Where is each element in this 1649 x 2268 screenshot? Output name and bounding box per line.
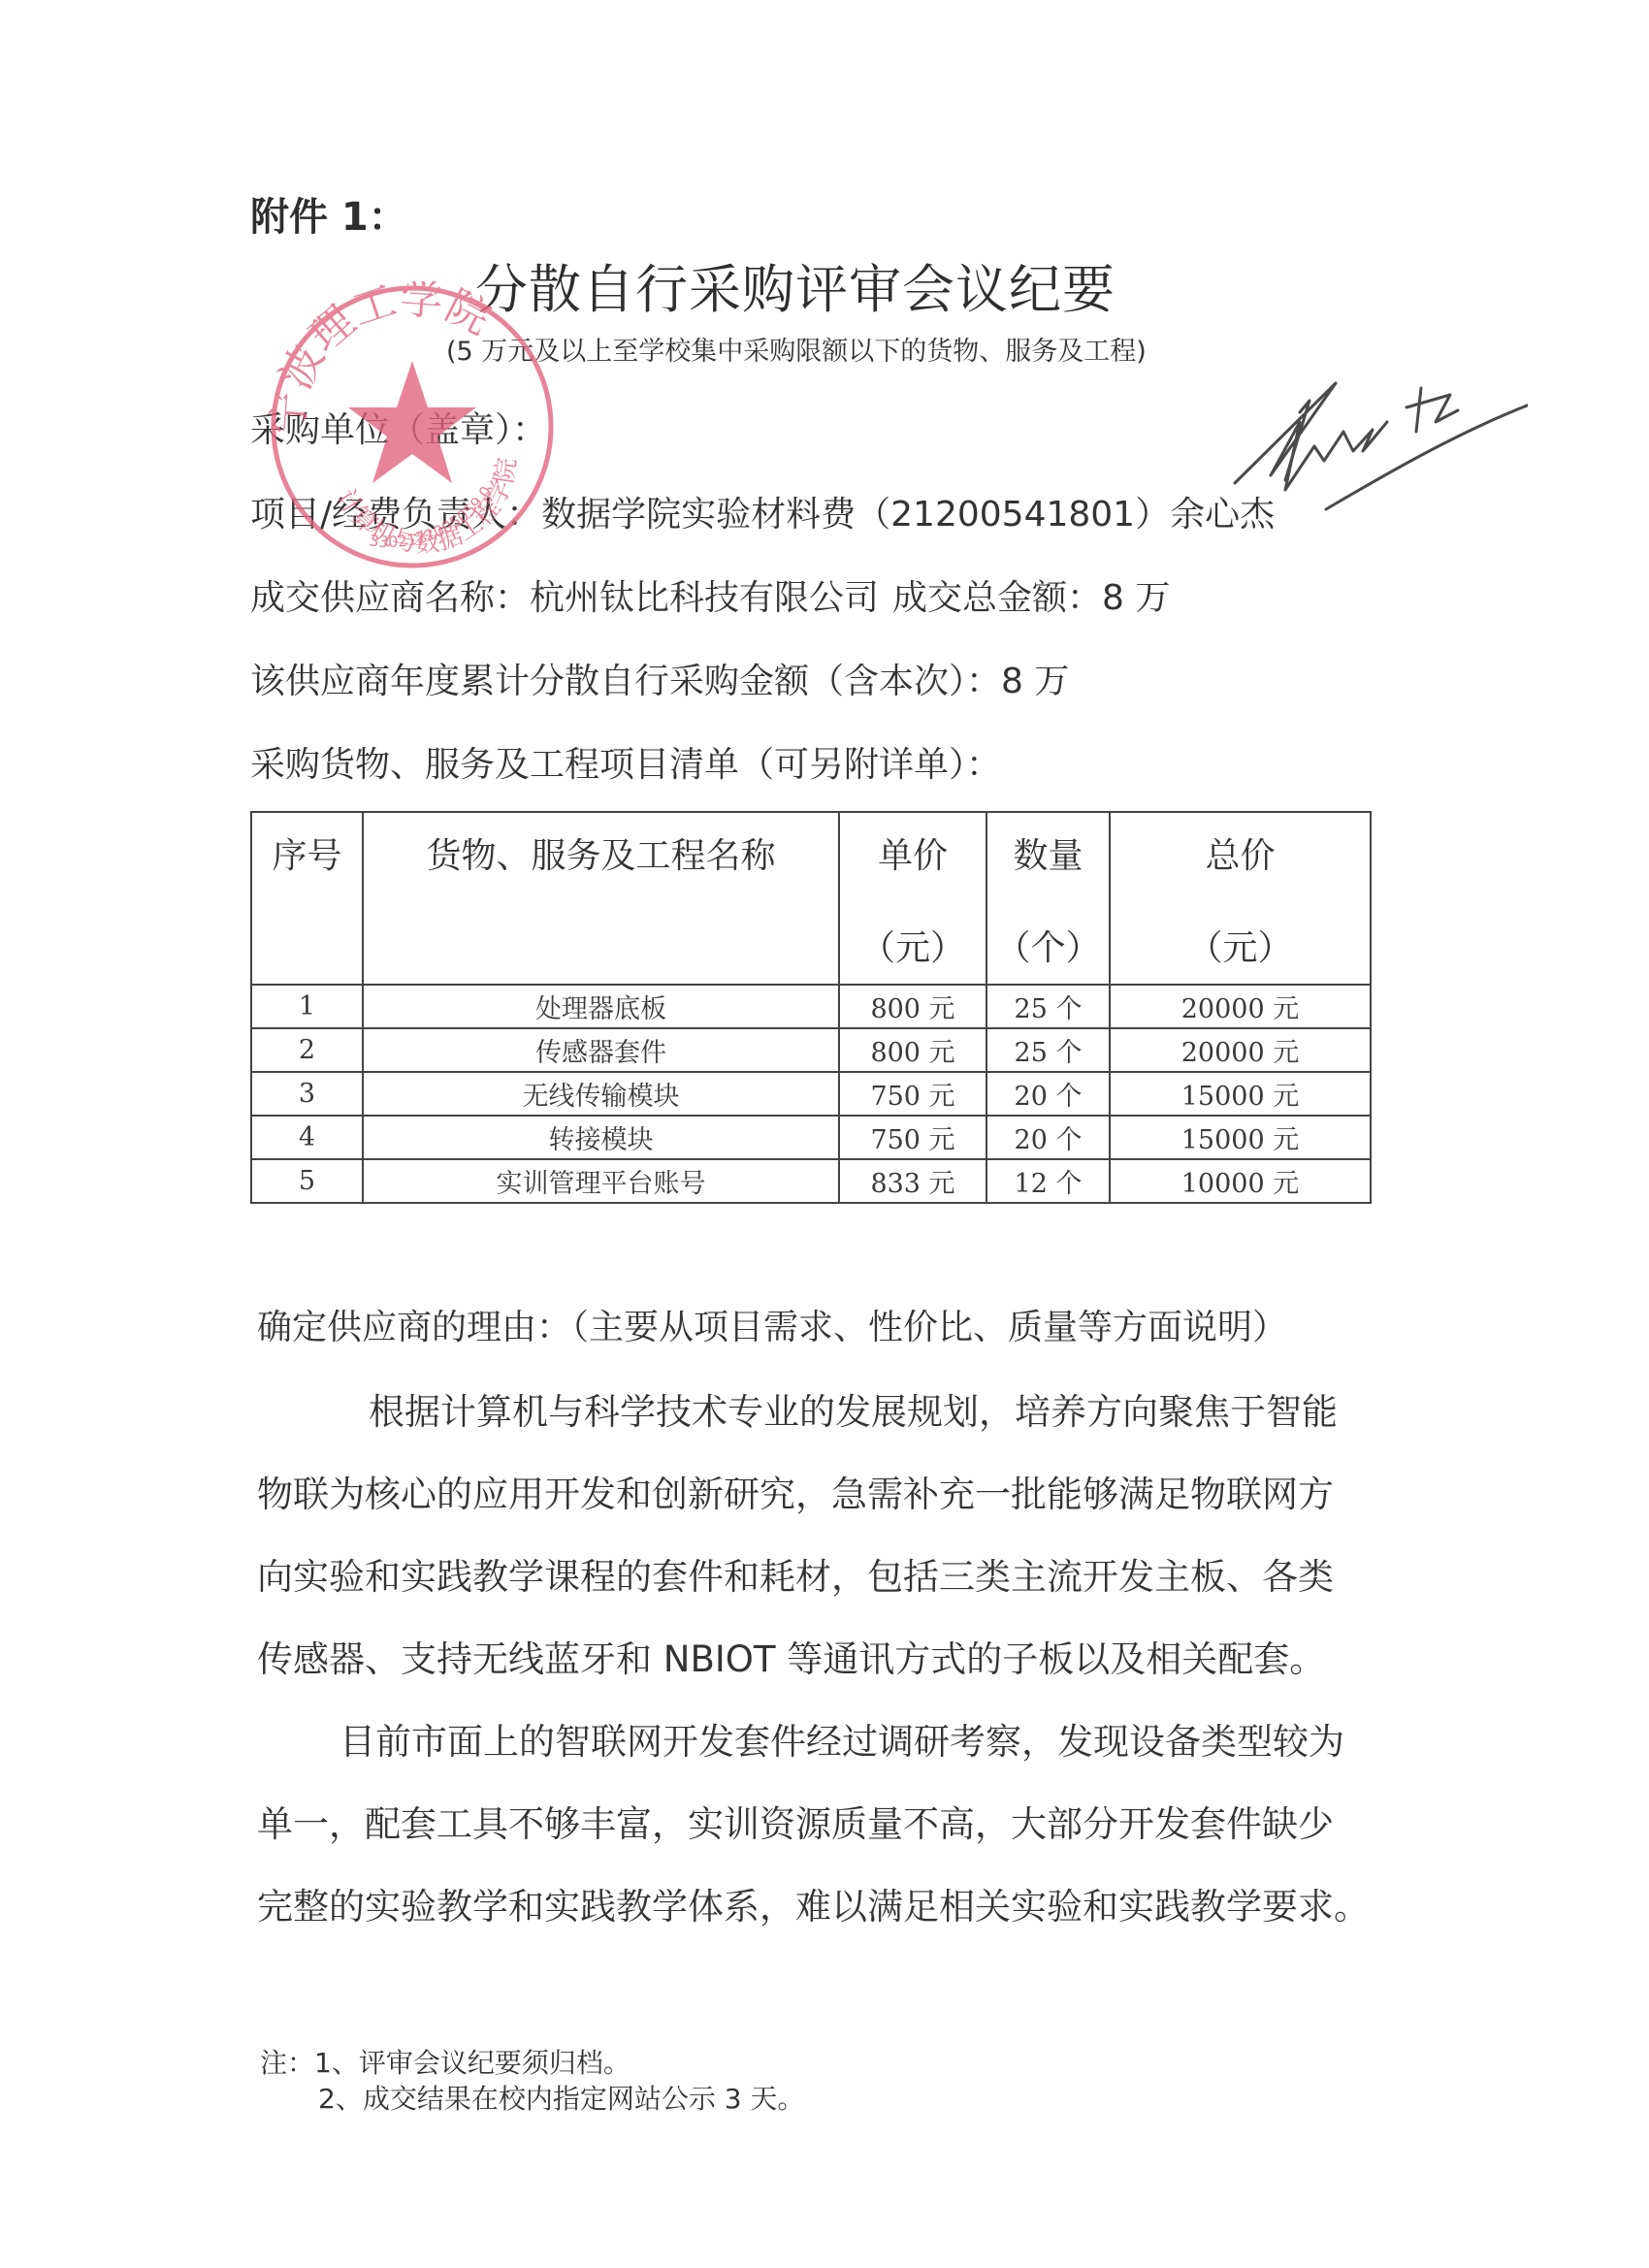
- reason-para1-line: 传感器、支持无线蓝牙和 NBIOT 等通讯方式的子板以及相关配套。: [257, 1630, 1325, 1682]
- cell-no: 3: [251, 1072, 363, 1116]
- project-value: 数据学院实验材料费（21200541801）余心杰: [541, 495, 1275, 535]
- reason-para1-line: 物联为核心的应用开发和创新研究，急需补充一批能够满足物联网方: [257, 1465, 1334, 1517]
- cell-name: 转接模块: [363, 1116, 839, 1159]
- cell-unit-price: 750 元: [839, 1072, 986, 1116]
- header-total: 总价（元）: [1110, 812, 1371, 985]
- cell-quantity: 25 个: [986, 1028, 1110, 1072]
- reason-para2-line: 完整的实验教学和实践教学体系，难以满足相关实验和实践教学要求。: [257, 1877, 1370, 1929]
- header-quantity: 数量（个）: [986, 812, 1110, 985]
- supplier-value: 杭州钛比科技有限公司: [530, 578, 879, 618]
- annual-value: 8 万: [1001, 662, 1069, 701]
- header-name: 货物、服务及工程名称: [363, 812, 839, 985]
- table-row: 2 传感器套件 800 元 25 个 20000 元: [251, 1028, 1371, 1072]
- cell-name: 传感器套件: [363, 1028, 839, 1072]
- cell-unit-price: 833 元: [839, 1159, 986, 1203]
- cell-total: 20000 元: [1110, 985, 1371, 1028]
- table-row: 3 无线传输模块 750 元 20 个 15000 元: [251, 1072, 1371, 1116]
- cell-name: 实训管理平台账号: [363, 1159, 839, 1203]
- reason-heading: 确定供应商的理由：（主要从项目需求、性价比、质量等方面说明）: [257, 1300, 1287, 1349]
- document-subtitle: (5 万元及以上至学校集中采购限额以下的货物、服务及工程): [446, 330, 1147, 368]
- table-header-row: 序号 货物、服务及工程名称 单价（元） 数量（个） 总价（元）: [251, 812, 1371, 985]
- items-table: 序号 货物、服务及工程名称 单价（元） 数量（个） 总价（元） 1 处理器底板 …: [250, 811, 1372, 1204]
- annual-label: 该供应商年度累计分散自行采购金额（含本次）：: [250, 662, 1001, 701]
- purchasing-unit-label: 采购单位（盖章）：: [250, 410, 547, 450]
- cell-name: 无线传输模块: [363, 1072, 839, 1116]
- cell-quantity: 20 个: [986, 1116, 1110, 1159]
- item-list-label: 采购货物、服务及工程项目清单（可另附详单）：: [250, 737, 1001, 787]
- cell-quantity: 20 个: [986, 1072, 1110, 1116]
- cell-quantity: 25 个: [986, 985, 1110, 1028]
- reason-para2-line: 单一，配套工具不够丰富，实训资源质量不高，大部分开发套件缺少: [257, 1795, 1334, 1847]
- cell-total: 10000 元: [1110, 1159, 1371, 1203]
- table-row: 5 实训管理平台账号 833 元 12 个 10000 元: [251, 1159, 1371, 1203]
- cell-unit-price: 750 元: [839, 1116, 986, 1159]
- cell-name: 处理器底板: [363, 985, 839, 1028]
- reason-para1-line: 向实验和实践教学课程的套件和耗材，包括三类主流开发主板、各类: [257, 1547, 1334, 1600]
- total-label: 成交总金额：: [892, 578, 1102, 618]
- cell-quantity: 12 个: [986, 1159, 1110, 1203]
- cell-total: 15000 元: [1110, 1072, 1371, 1116]
- note-line-1: 注：1、评审会议纪要须归档。: [260, 2042, 630, 2081]
- cell-unit-price: 800 元: [839, 1028, 986, 1072]
- document-title-text: 分散自行采购评审会议纪要: [475, 259, 1115, 320]
- supplier-field: 成交供应商名称：杭州钛比科技有限公司成交总金额：8 万: [250, 570, 1170, 620]
- cell-no: 5: [251, 1159, 363, 1203]
- header-no: 序号: [251, 812, 363, 985]
- purchasing-unit-field: 采购单位（盖章）：: [250, 403, 547, 452]
- cell-unit-price: 800 元: [839, 985, 986, 1028]
- table-row: 1 处理器底板 800 元 25 个 20000 元: [251, 985, 1371, 1028]
- cell-no: 1: [251, 985, 363, 1028]
- cell-total: 15000 元: [1110, 1116, 1371, 1159]
- header-unit-price: 单价（元）: [839, 812, 986, 985]
- total-value: 8 万: [1102, 578, 1170, 618]
- project-field: 项目/经费负责人：数据学院实验材料费（21200541801）余心杰: [250, 487, 1275, 536]
- reason-para2-line: 目前市面上的智联网开发套件经过调研考察，发现设备类型较为: [339, 1712, 1344, 1765]
- note-line-2: 2、成交结果在校内指定网站公示 3 天。: [318, 2078, 804, 2117]
- reason-para1-line: 根据计算机与科学技术专业的发展规划，培养方向聚焦于智能: [369, 1382, 1338, 1435]
- table-row: 4 转接模块 750 元 20 个 15000 元: [251, 1116, 1371, 1159]
- document-title: 分散自行采购评审会议纪要: [0, 248, 1649, 323]
- cell-no: 4: [251, 1116, 363, 1159]
- supplier-label: 成交供应商名称：: [250, 578, 530, 618]
- annual-amount-field: 该供应商年度累计分散自行采购金额（含本次）：8 万: [250, 654, 1069, 703]
- project-label: 项目/经费负责人：: [250, 495, 541, 535]
- cell-no: 2: [251, 1028, 363, 1072]
- cell-total: 20000 元: [1110, 1028, 1371, 1072]
- attachment-label: 附件 1：: [250, 186, 407, 242]
